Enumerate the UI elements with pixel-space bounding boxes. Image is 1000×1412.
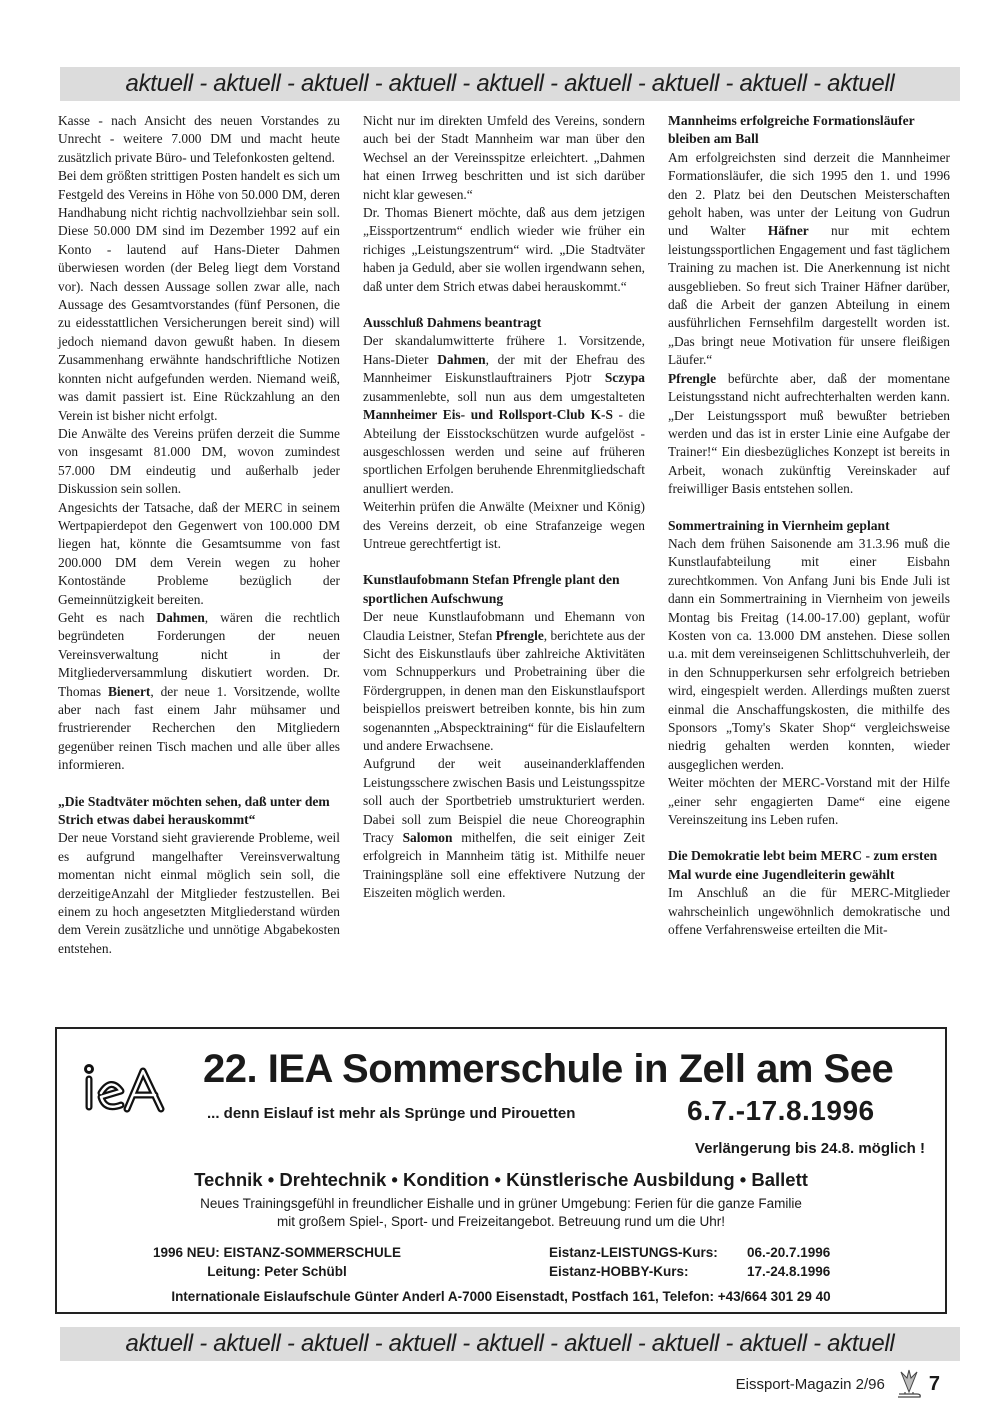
page-footer: Eissport-Magazin 2/96 7 <box>736 1368 940 1400</box>
course-row: Eistanz-LEISTUNGS-Kurs: 06.-20.7.1996 <box>549 1243 830 1262</box>
advertisement-box: 22. IEA Sommerschule in Zell am See ... … <box>55 1027 947 1314</box>
name-highlight: Dahmen <box>437 352 485 367</box>
subheading: Sommertraining in Viernheim geplant <box>668 517 950 535</box>
text: Geht es nach <box>58 610 156 625</box>
column-1: Kasse - nach Ansicht des neuen Vorstande… <box>58 112 340 1022</box>
club-highlight: Mannheimer Eis- und Rollsport-Club K-S <box>363 407 613 422</box>
paragraph: Bei dem größten strittigen Posten handel… <box>58 167 340 425</box>
paragraph: Kasse - nach Ansicht des neuen Vorstande… <box>58 112 340 167</box>
paragraph: Weiter möchten der MERC-Vorstand mit der… <box>668 774 950 829</box>
column-3: Mannheims erfolgreiche Formationsläufer … <box>668 112 950 1022</box>
ad-topics: Technik • Drehtechnik • Kondition • Küns… <box>57 1169 945 1191</box>
text: zusammenlebte, soll nun aus dem umgestal… <box>363 389 645 404</box>
paragraph: Pfrengle befürchte aber, daß der momenta… <box>668 370 950 499</box>
course-name: Eistanz-HOBBY-Kurs: <box>549 1262 747 1281</box>
ad-description-line: Neues Trainingsgefühl in freundlicher Ei… <box>57 1195 945 1213</box>
course-dates: 06.-20.7.1996 <box>747 1243 830 1262</box>
course-dates: 17.-24.8.1996 <box>747 1262 830 1281</box>
paragraph: Im Anschluß an die für MERC-Mitglieder w… <box>668 884 950 939</box>
course-name: Eistanz-LEISTUNGS-Kurs: <box>549 1243 747 1262</box>
subheading: Ausschluß Dahmens beantragt <box>363 314 645 332</box>
text: befürchte aber, daß der momentane Leistu… <box>668 371 950 496</box>
ad-extension-note: Verlängerung bis 24.8. möglich ! <box>695 1140 925 1157</box>
page-number: 7 <box>929 1373 940 1396</box>
ad-subtitle: ... denn Eislauf ist mehr als Sprünge un… <box>207 1105 575 1122</box>
subheading: „Die Stadtväter möchten sehen, daß unter… <box>58 793 340 830</box>
paragraph: Nicht nur im direkten Umfeld des Vereins… <box>363 112 645 204</box>
subheading: Kunstlaufobmann Stefan Pfrengle plant de… <box>363 571 645 608</box>
paragraph: Nach dem frühen Saisonende am 31.3.96 mu… <box>668 535 950 774</box>
ad-new-program: 1996 NEU: EISTANZ-SOMMERSCHULE Leitung: … <box>137 1243 417 1281</box>
ad-course-list: Eistanz-LEISTUNGS-Kurs: 06.-20.7.1996 Ei… <box>549 1243 830 1281</box>
ad-new-line: Leitung: Peter Schübl <box>137 1262 417 1281</box>
section-banner-top: aktuell - aktuell - aktuell - aktuell - … <box>60 67 960 101</box>
ad-date: 6.7.-17.8.1996 <box>687 1095 875 1127</box>
text: , berichtete aus der Sicht des Eiskunstl… <box>363 628 645 753</box>
ad-address: Internationale Eislaufschule Günter Ande… <box>57 1289 945 1304</box>
ad-description-line: mit großem Spiel-, Sport- und Freizeitan… <box>57 1213 945 1231</box>
ad-title: 22. IEA Sommerschule in Zell am See <box>203 1047 893 1092</box>
subheading: Die Demokratie lebt beim MERC - zum erst… <box>668 847 950 884</box>
paragraph: Weiterhin prüfen die Anwälte (Meixner un… <box>363 498 645 553</box>
name-highlight: Pfrengle <box>668 371 716 386</box>
article-columns: Kasse - nach Ansicht des neuen Vorstande… <box>58 112 950 1022</box>
iea-logo-icon <box>81 1057 173 1117</box>
ad-new-line: 1996 NEU: EISTANZ-SOMMERSCHULE <box>137 1243 417 1262</box>
paragraph: Aufgrund der weit auseinanderklaffenden … <box>363 755 645 902</box>
paragraph: Angesichts der Tatsache, daß der MERC in… <box>58 499 340 609</box>
name-highlight: Dahmen <box>156 610 204 625</box>
name-highlight: Sczypa <box>605 370 645 385</box>
name-highlight: Salomon <box>403 830 453 845</box>
section-banner-bottom: aktuell - aktuell - aktuell - aktuell - … <box>60 1327 960 1361</box>
text: nur mit echtem leistungssportlichen Enga… <box>668 223 950 367</box>
name-highlight: Bienert <box>108 684 150 699</box>
skate-feather-icon <box>895 1368 923 1400</box>
paragraph: Die Anwälte des Vereins prüfen derzeit d… <box>58 425 340 499</box>
name-highlight: Pfrengle <box>496 628 544 643</box>
paragraph: Am erfolgreichsten sind derzeit die Mann… <box>668 149 950 370</box>
paragraph: Der neue Kunstlaufobmann und Ehemann von… <box>363 608 645 755</box>
column-2: Nicht nur im direkten Umfeld des Vereins… <box>363 112 645 1022</box>
paragraph: Der neue Vorstand sieht gravierende Prob… <box>58 829 340 958</box>
ad-description: Neues Trainingsgefühl in freundlicher Ei… <box>57 1195 945 1231</box>
course-row: Eistanz-HOBBY-Kurs: 17.-24.8.1996 <box>549 1262 830 1281</box>
paragraph: Geht es nach Dahmen, wären die rechtlich… <box>58 609 340 775</box>
name-highlight: Häfner <box>768 223 809 238</box>
paragraph: Der skandalumwitterte frühere 1. Vorsitz… <box>363 332 645 498</box>
paragraph: Dr. Thomas Bienert möchte, daß aus dem j… <box>363 204 645 296</box>
subheading: Mannheims erfolgreiche Formationsläufer … <box>668 112 950 149</box>
magazine-issue: Eissport-Magazin 2/96 <box>736 1376 885 1393</box>
